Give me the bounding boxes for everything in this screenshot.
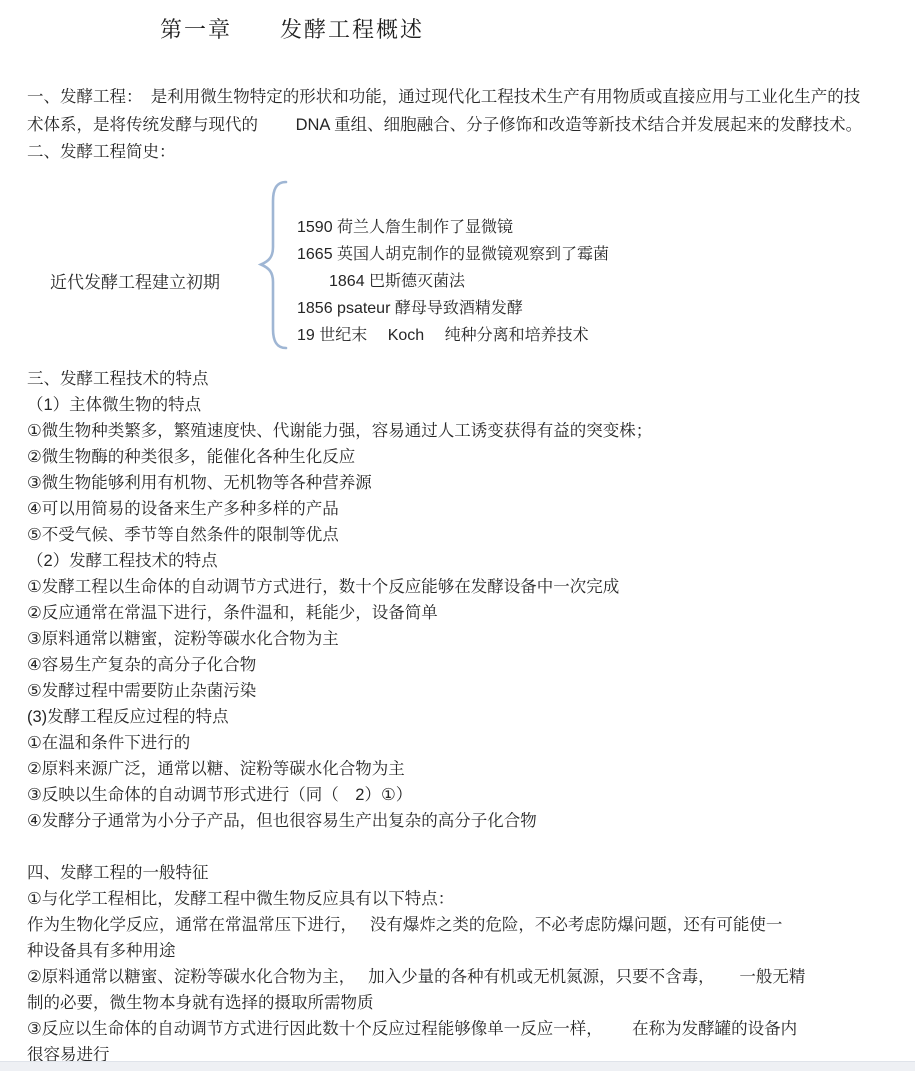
text-line: ⑤发酵过程中需要防止杂菌污染 — [27, 678, 909, 704]
text-line: 种设备具有多种用途 — [27, 938, 909, 964]
text-line: ②反应通常在常温下进行，条件温和，耗能少，设备简单 — [27, 600, 909, 626]
text-line: 制的必要，微生物本身就有选择的摄取所需物质 — [27, 990, 909, 1016]
text-line — [27, 834, 909, 860]
chapter-title: 第一章 发酵工程概述 — [160, 13, 424, 44]
text-line: ②原料通常以糖蜜、淀粉等碳水化合物为主， 加入少量的各种有机或无机氮源，只要不含… — [27, 964, 909, 990]
text-line: 四、发酵工程的一般特征 — [27, 860, 909, 886]
text-line: ③微生物能够利用有机物、无机物等各种营养源 — [27, 470, 909, 496]
text-line: 一、发酵工程： 是利用微生物特定的形状和功能，通过现代化工程技术生产有用物质或直… — [27, 84, 909, 112]
text-line: ④发酵分子通常为小分子产品，但也很容易生产出复杂的高分子化合物 — [27, 808, 909, 834]
text-line: ⑤不受气候、季节等自然条件的限制等优点 — [27, 522, 909, 548]
text-line: ③原料通常以糖蜜，淀粉等碳水化合物为主 — [27, 626, 909, 652]
history-item: 1856 psateur 酵母导致酒精发酵 — [297, 295, 609, 322]
text-line: 三、发酵工程技术的特点 — [27, 366, 909, 392]
text-line: (3)发酵工程反应过程的特点 — [27, 704, 909, 730]
body-paragraphs: 三、发酵工程技术的特点 （1）主体微生物的特点 ①微生物种类繁多，繁殖速度快、代… — [27, 366, 909, 1068]
text-line: ③反应以生命体的自动调节方式进行因此数十个反应过程能够像单一反应一样， 在称为发… — [27, 1016, 909, 1042]
document-page: 第一章 发酵工程概述 一、发酵工程： 是利用微生物特定的形状和功能，通过现代化工… — [0, 0, 915, 1071]
history-diagram: 近代发酵工程建立初期 1590 荷兰人詹生制作了显微镜 1665 英国人胡克制作… — [0, 165, 915, 365]
history-item: 1665 英国人胡克制作的显微镜观察到了霉菌 — [297, 241, 609, 268]
text-line: （2）发酵工程技术的特点 — [27, 548, 909, 574]
text-line: （1）主体微生物的特点 — [27, 392, 909, 418]
text-line: ②原料来源广泛，通常以糖、淀粉等碳水化合物为主 — [27, 756, 909, 782]
text-line: ①与化学工程相比，发酵工程中微生物反应具有以下特点： — [27, 886, 909, 912]
history-item: 19 世纪末 Koch 纯种分离和培养技术 — [297, 322, 609, 349]
text-line: 二、发酵工程简史： — [27, 139, 909, 167]
curly-brace-path — [261, 182, 286, 348]
intro-paragraph: 一、发酵工程： 是利用微生物特定的形状和功能，通过现代化工程技术生产有用物质或直… — [27, 84, 909, 167]
text-line: ①在温和条件下进行的 — [27, 730, 909, 756]
text-line: ④容易生产复杂的高分子化合物 — [27, 652, 909, 678]
text-line: ①微生物种类繁多，繁殖速度快、代谢能力强，容易通过人工诱变获得有益的突变株； — [27, 418, 909, 444]
curly-brace-icon — [256, 179, 290, 351]
text-line: 术体系，是将传统发酵与现代的 DNA 重组、细胞融合、分子修饰和改造等新技术结合… — [27, 112, 909, 140]
text-line: ②微生物酶的种类很多，能催化各种生化反应 — [27, 444, 909, 470]
text-line: ④可以用简易的设备来生产多种多样的产品 — [27, 496, 909, 522]
text-line: ①发酵工程以生命体的自动调节方式进行，数十个反应能够在发酵设备中一次完成 — [27, 574, 909, 600]
history-item: 1864 巴斯德灭菌法 — [297, 268, 609, 295]
history-item: 1590 荷兰人詹生制作了显微镜 — [297, 214, 609, 241]
history-items: 1590 荷兰人詹生制作了显微镜 1665 英国人胡克制作的显微镜观察到了霉菌 … — [297, 214, 609, 349]
viewer-bottom-bar — [0, 1061, 915, 1071]
history-diagram-label: 近代发酵工程建立初期 — [50, 268, 220, 293]
text-line: ③反映以生命体的自动调节形式进行（同（ 2）①） — [27, 782, 909, 808]
text-line: 作为生物化学反应，通常在常温常压下进行， 没有爆炸之类的危险，不必考虑防爆问题，… — [27, 912, 909, 938]
